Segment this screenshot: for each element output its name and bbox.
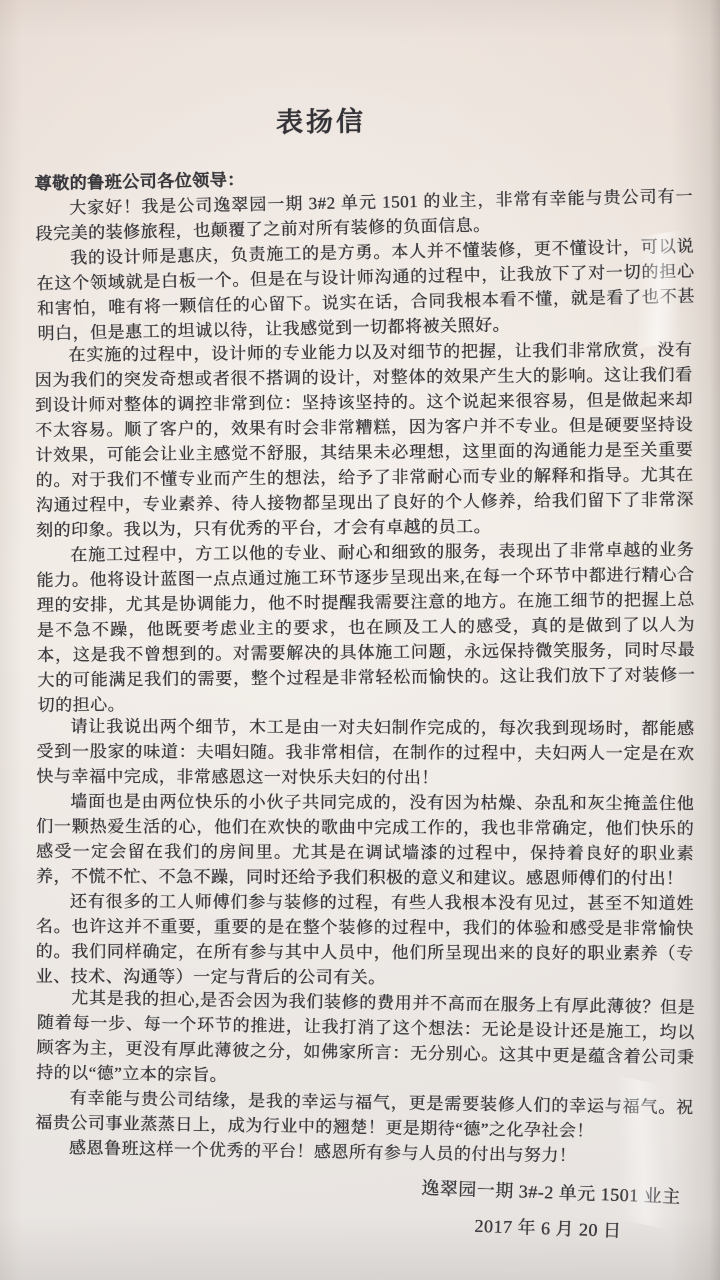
paragraph: 请让我说出两个细节，木工是由一对夫妇制作完成的，每次我到现场时，都能感受到一股家… — [36, 714, 694, 791]
letter-block-2: 在实施的过程中，设计师的专业能力以及对细节的把握，让我们非常欣赏，没有因为我们的… — [34, 337, 695, 718]
paragraph: 尤其是我的担心,是否会因为我们装修的费用并不高而在服务上有厚此薄彼？但是随着每一… — [36, 985, 695, 1095]
paragraph: 我的设计师是惠庆，负责施工的是方勇。本人并不懂装修，更不懂设计，可以说在这个领域… — [36, 234, 696, 347]
letter-page: 表扬信 尊敬的鲁班公司各位领导： 大家好！我是公司逸翠园一期 3#2 单元 15… — [0, 0, 720, 1280]
letter-block-4: 尤其是我的担心,是否会因为我们装修的费用并不高而在服务上有厚此薄彼？但是随着每一… — [35, 985, 696, 1170]
paragraph: 还有很多的工人师傅们参与装修的过程，有些人我根本没有见过，甚至不知道姓名。也许这… — [36, 889, 694, 991]
paragraph: 在施工过程中，方工以他的专业、耐心和细致的服务，表现出了非常卓越的业务能力。他将… — [36, 537, 696, 718]
letter-photo: 表扬信 尊敬的鲁班公司各位领导： 大家好！我是公司逸翠园一期 3#2 单元 15… — [0, 0, 720, 1280]
paragraph: 在实施的过程中，设计师的专业能力以及对细节的把握，让我们非常欣赏，没有因为我们的… — [34, 337, 694, 543]
paragraph: 墙面也是由两位快乐的小伙子共同完成的，没有因为枯燥、杂乱和灰尘掩盖住他们一颗热爱… — [36, 789, 694, 891]
letter-body: 尊敬的鲁班公司各位领导： 大家好！我是公司逸翠园一期 3#2 单元 1501 的… — [36, 165, 694, 1245]
signature-block: 逸翠园一期 3#-2 单元 1501 业主 2017 年 6 月 20 日 — [35, 1160, 695, 1249]
letter-title: 表扬信 — [0, 95, 650, 143]
letter-block-3: 请让我说出两个细节，木工是由一对夫妇制作完成的，每次我到现场时，都能感受到一股家… — [36, 714, 695, 991]
letter-block-1: 尊敬的鲁班公司各位领导： 大家好！我是公司逸翠园一期 3#2 单元 1501 的… — [34, 159, 695, 347]
